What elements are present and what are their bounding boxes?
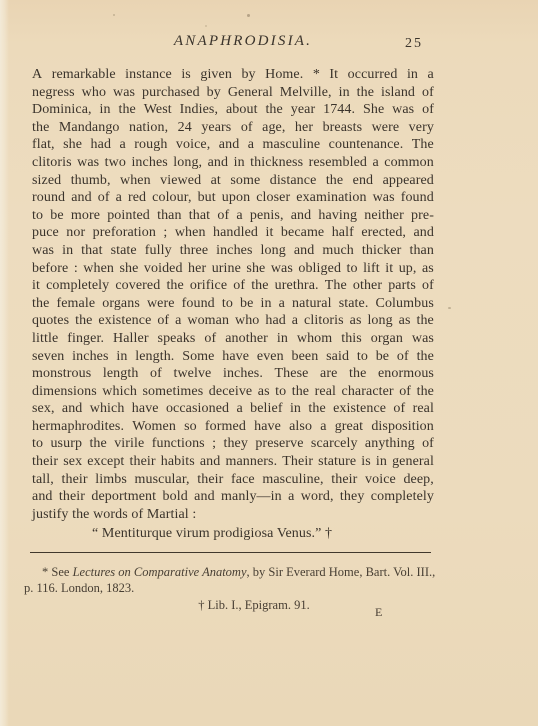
text-line: sizedthumb,whenviewedatsomedistancetheen… xyxy=(32,172,434,190)
text-line: theirsexexcepttheirhabitsandmanners.Thei… xyxy=(32,453,434,471)
text-line: AremarkableinstanceisgivenbyHome.*Itoccu… xyxy=(32,66,434,84)
book-page: ANAPHRODISIA. 25 Aremarkableinstanceisgi… xyxy=(0,0,538,726)
text-line: itcompletelycoveredtheorificeoftheurethr… xyxy=(32,277,434,295)
signature-mark: E xyxy=(375,605,382,620)
text-line: seveninchesinlength.Somehaveevenbeensaid… xyxy=(32,348,434,366)
page-number: 25 xyxy=(405,36,423,52)
text-line: thefemaleorganswerefoundtobeinanaturalst… xyxy=(32,295,434,313)
text-line: tall,theirlimbsmuscular,theirfacemasculi… xyxy=(32,471,434,489)
text-line: sex,andwhichhaveoccasionedabeliefintheex… xyxy=(32,400,434,418)
text-line: negresswhowaspurchasedbyGeneralMelville,… xyxy=(32,84,434,102)
text-line: littlefinger.Hallerspeaksofanotherinwhom… xyxy=(32,330,434,348)
text-line: roundandofaredcolour,butuponcloserexamin… xyxy=(32,189,434,207)
text-line: quotestheexistenceofawomanwhohadaclitori… xyxy=(32,312,434,330)
text-line: monstrouslengthoftwelveinches.Theseareth… xyxy=(32,365,434,383)
text-line: hermaphrodites.Womensoformedhavealsoagre… xyxy=(32,418,434,436)
footnote-1-prefix: See xyxy=(48,565,72,579)
running-title: ANAPHRODISIA. xyxy=(32,33,454,50)
text-line: clitoriswastwoincheslong,andinthicknessr… xyxy=(32,154,434,172)
text-line: justify the words of Martial : xyxy=(32,506,434,524)
dust-speck xyxy=(247,14,250,17)
footnote-1-suffix: , by Sir Everard Home, Bart. Vol. III., xyxy=(247,565,436,579)
dust-speck xyxy=(205,25,207,27)
text-line: flat,shehadaroughvoice,andamasculinecoun… xyxy=(32,136,434,154)
dust-speck xyxy=(448,307,451,309)
text-line: tousurpthevirilefunctions;theypreservesc… xyxy=(32,435,434,453)
footnote-book-title: Lectures on Comparative Anatomy xyxy=(73,565,247,579)
text-line: tobemorepointedthanthatofapenis,andhavin… xyxy=(32,207,434,225)
dust-speck xyxy=(113,14,115,16)
text-line: andtheirdeportmentboldandmanly—inaword,t… xyxy=(32,488,434,506)
footnote-1-line-1: * See Lectures on Comparative Anatomy, b… xyxy=(24,564,436,580)
footnote-divider xyxy=(30,552,431,553)
latin-quote: “ Mentiturque virum prodigiosa Venus.” † xyxy=(32,525,434,543)
footnote-1-line-2: p. 116. London, 1823. xyxy=(24,580,436,596)
page-left-edge xyxy=(0,0,9,726)
text-line: wasinthatstatefullythreeincheslongandmuc… xyxy=(32,242,434,260)
text-line: dimensionswhichsometimesdeceiveastothere… xyxy=(32,383,434,401)
text-line: before:whenshevoidedherurineshewasoblige… xyxy=(32,260,434,278)
text-line: pucenorpreforation;whenhandleditbecameha… xyxy=(32,224,434,242)
body-text: AremarkableinstanceisgivenbyHome.*Itoccu… xyxy=(32,66,434,543)
text-line: theMandangonation,24yearsofage,herbreast… xyxy=(32,119,434,137)
text-line: Dominica,intheWestIndies,abouttheyear174… xyxy=(32,101,434,119)
